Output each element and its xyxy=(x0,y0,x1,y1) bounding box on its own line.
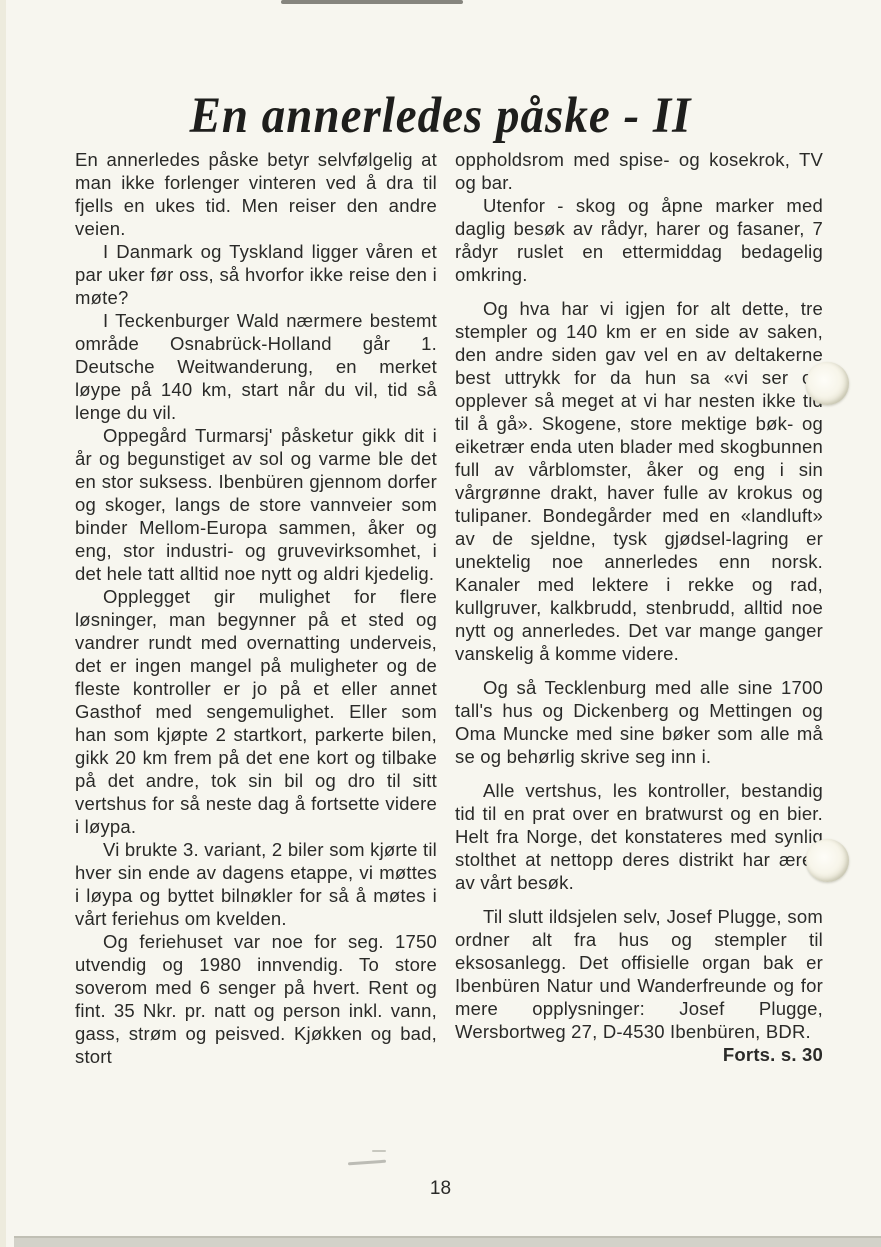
paragraph: Til slutt ildsjelen selv, Josef Plugge, … xyxy=(455,905,823,1043)
hole-punch xyxy=(806,839,849,882)
paragraph: I Teckenburger Wald nærmere bestemt områ… xyxy=(75,309,437,424)
paragraph: oppholdsrom med spise- og kosekrok, TV o… xyxy=(455,148,823,194)
paragraph: I Danmark og Tyskland ligger våren et pa… xyxy=(75,240,437,309)
paragraph: Vi brukte 3. variant, 2 biler som kjørte… xyxy=(75,838,437,930)
scan-artifact-dash xyxy=(372,1150,386,1152)
article-title: En annerledes påske - II xyxy=(0,87,881,145)
article-column-right: oppholdsrom med spise- og kosekrok, TV o… xyxy=(455,148,823,1066)
paragraph: En annerledes påske betyr selvfølgelig a… xyxy=(75,148,437,240)
paragraph: Og feriehuset var noe for seg. 1750 utve… xyxy=(75,930,437,1068)
page-number: 18 xyxy=(0,1178,881,1200)
scan-smudge-top xyxy=(281,0,463,4)
paragraph: Og så Tecklenburg med alle sine 1700 tal… xyxy=(455,676,823,768)
continuation-note: Forts. s. 30 xyxy=(455,1043,823,1066)
article-column-left: En annerledes påske betyr selvfølgelig a… xyxy=(75,148,437,1068)
paragraph: Alle vertshus, les kontroller, bestandig… xyxy=(455,779,823,894)
paragraph: Utenfor - skog og åpne marker med daglig… xyxy=(455,194,823,286)
scan-edge-bottom xyxy=(14,1236,881,1247)
paragraph: Oppegård Turmarsj' påsketur gikk dit i å… xyxy=(75,424,437,585)
paragraph: Og hva har vi igjen for alt dette, tre s… xyxy=(455,297,823,665)
scan-edge-left xyxy=(0,0,6,1247)
hole-punch xyxy=(806,362,849,405)
paragraph: Opplegget gir mulighet for flere løsning… xyxy=(75,585,437,838)
magazine-page: En annerledes påske - II En annerledes p… xyxy=(0,0,881,1247)
scan-artifact-dash xyxy=(348,1160,386,1166)
